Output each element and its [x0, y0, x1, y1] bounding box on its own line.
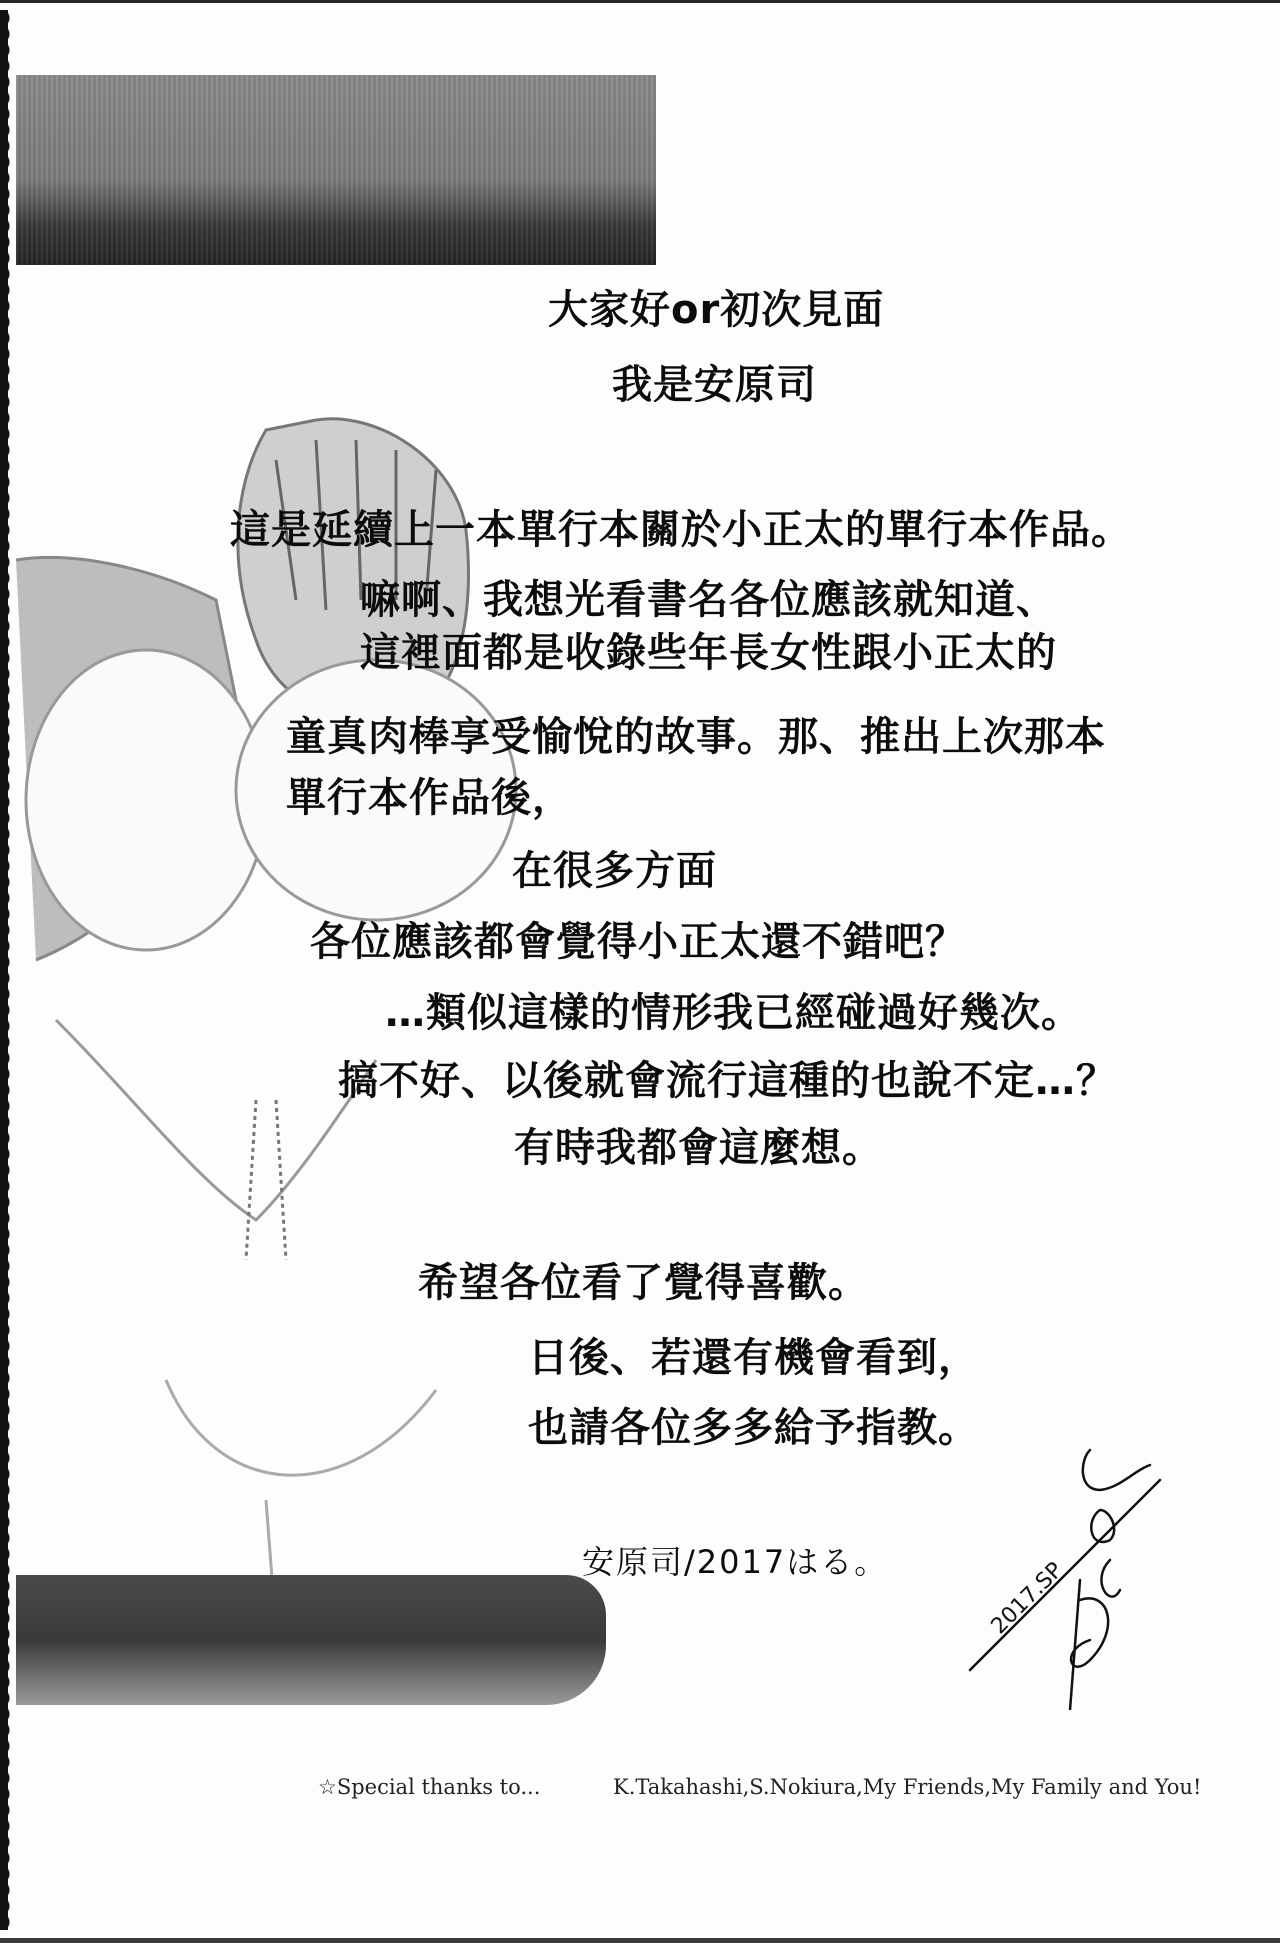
page-top-border — [0, 0, 1280, 3]
body-line-4: 童真肉棒享受愉悅的故事。那、推出上次那本 — [286, 717, 1106, 757]
signature-date: 2017.SP — [987, 1558, 1068, 1639]
body-line-5: 單行本作品後， — [286, 778, 573, 818]
body-line-13: 也請各位多多給予指教。 — [528, 1408, 979, 1448]
body-line-9: 搞不好、以後就會流行這種的也說不定…？ — [338, 1061, 1117, 1101]
special-thanks-label: ☆Special thanks to... — [318, 1775, 540, 1799]
body-line-7: 各位應該都會覺得小正太還不錯吧？ — [310, 922, 966, 962]
author-signoff: 安原司/2017はる。 — [582, 1537, 888, 1583]
handwritten-signature: 2017.SP — [960, 1430, 1170, 1710]
body-line-12: 日後、若還有機會看到， — [528, 1338, 979, 1378]
body-line-1: 這是延續上一本單行本關於小正太的單行本作品。 — [230, 510, 1132, 550]
scalloped-left-edge — [0, 10, 16, 1930]
body-line-10: 有時我都會這麼想。 — [514, 1128, 883, 1168]
screentone-panel-top — [16, 75, 656, 265]
greeting-line-1: 大家好or初次見面 — [548, 290, 884, 330]
greeting-line-2: 我是安原司 — [612, 365, 817, 405]
body-line-6: 在很多方面 — [512, 851, 717, 891]
body-line-8: …類似這樣的情形我已經碰過好幾次。 — [385, 993, 1082, 1033]
body-line-11: 希望各位看了覺得喜歡。 — [418, 1263, 869, 1303]
body-line-2: 嘛啊、我想光看書名各位應該就知道、 — [360, 580, 1057, 620]
page-bottom-border — [0, 1938, 1280, 1943]
special-thanks-names: K.Takahashi,S.Nokiura,My Friends,My Fami… — [613, 1775, 1201, 1799]
screentone-panel-bottom — [16, 1575, 606, 1705]
body-line-3: 這裡面都是收錄些年長女性跟小正太的 — [360, 633, 1057, 673]
